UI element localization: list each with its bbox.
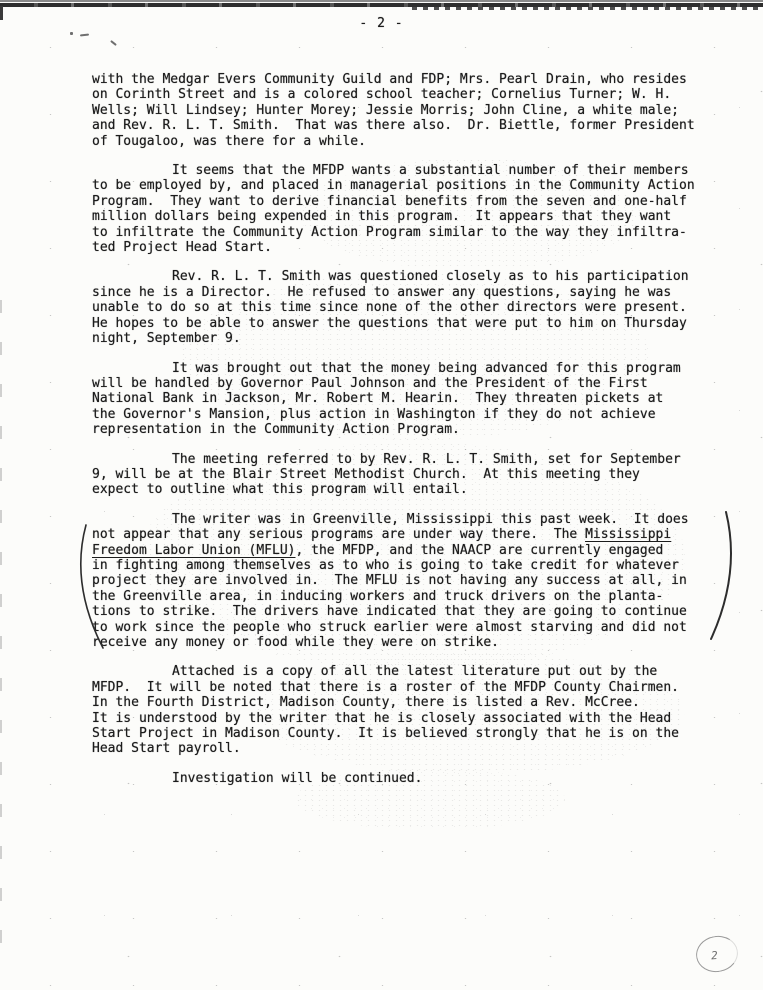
closing-line: Investigation will be continued.: [92, 771, 718, 786]
paragraph-money-handling: It was brought out that the money being …: [92, 361, 718, 438]
paragraph-greenville: The writer was in Greenville, Mississipp…: [92, 512, 718, 651]
page-stamp-number: 2: [710, 948, 718, 961]
paragraph-smith-questioned: Rev. R. L. T. Smith was questioned close…: [92, 269, 718, 346]
paragraph-text: Attached is a copy of all the latest lit…: [92, 664, 679, 756]
pencil-mark: [110, 40, 117, 46]
paragraph-text: , the MFDP, and the NAACP are currently …: [92, 543, 687, 650]
paragraph-text: The meeting referred to by Rev. R. L. T.…: [92, 452, 681, 498]
paragraph-attached-literature: Attached is a copy of all the latest lit…: [92, 664, 718, 756]
scan-top-edge-artifact: [0, 3, 763, 7]
pencil-mark: [70, 32, 73, 35]
page-number-header: - 2 -: [0, 16, 763, 31]
scan-left-edge-artifact: [0, 300, 2, 972]
paragraph-meeting-location: The meeting referred to by Rev. R. L. T.…: [92, 452, 718, 498]
pencil-mark: [80, 34, 89, 37]
paragraph-attendees: with the Medgar Evers Community Guild an…: [92, 72, 718, 149]
circled-page-stamp: 2: [693, 933, 741, 976]
paragraph-text: with the Medgar Evers Community Guild an…: [92, 72, 695, 149]
paragraph-text: Investigation will be continued.: [172, 771, 422, 786]
paragraph-text: It was brought out that the money being …: [92, 361, 681, 438]
paragraph-text: It seems that the MFDP wants a substanti…: [92, 163, 695, 255]
document-body: with the Medgar Evers Community Guild an…: [92, 72, 718, 800]
paragraph-text: Rev. R. L. T. Smith was questioned close…: [92, 269, 689, 346]
scanned-document-page: - 2 - with the Medgar Evers Community Gu…: [0, 0, 763, 990]
paragraph-mfdp-employment: It seems that the MFDP wants a substanti…: [92, 163, 718, 255]
